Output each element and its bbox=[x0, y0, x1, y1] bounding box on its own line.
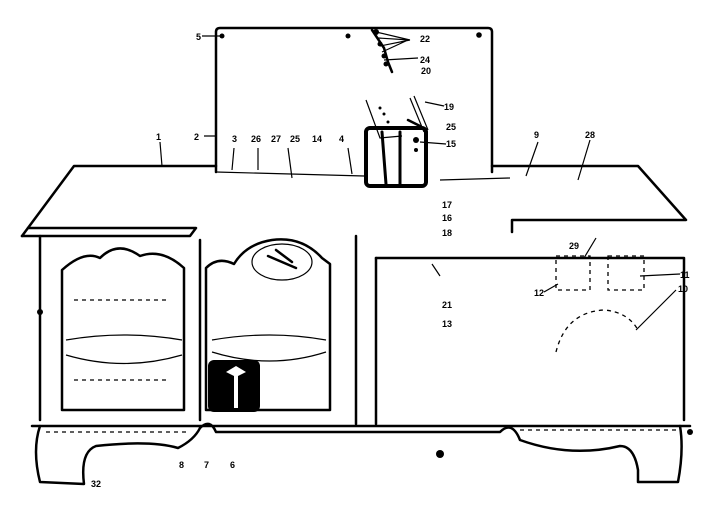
callout-21: 21 bbox=[442, 300, 452, 310]
callout-1: 1 bbox=[156, 132, 161, 142]
cabinet-base bbox=[32, 424, 693, 484]
callout-4: 4 bbox=[339, 134, 344, 144]
callout-24: 24 bbox=[420, 55, 430, 65]
callout-6: 6 bbox=[230, 460, 235, 470]
callout-10: 10 bbox=[678, 284, 688, 294]
right-cabinet bbox=[376, 256, 684, 424]
callout-17: 17 bbox=[442, 200, 452, 210]
callout-8: 8 bbox=[179, 460, 184, 470]
callout-13: 13 bbox=[442, 319, 452, 329]
cabinet-parts-diagram bbox=[0, 0, 720, 516]
callout-16: 16 bbox=[442, 213, 452, 223]
callout-20: 20 bbox=[421, 66, 431, 76]
callout-12: 12 bbox=[534, 288, 544, 298]
callout-22: 22 bbox=[420, 34, 430, 44]
callout-3: 3 bbox=[232, 134, 237, 144]
callout-29: 29 bbox=[569, 241, 579, 251]
callout-26: 26 bbox=[251, 134, 261, 144]
callout-19: 19 bbox=[444, 102, 454, 112]
cartridge-assembly bbox=[372, 29, 418, 72]
callout-2: 2 bbox=[194, 132, 199, 142]
callout-14: 14 bbox=[312, 134, 322, 144]
callout-32: 32 bbox=[91, 479, 101, 489]
callout-11: 11 bbox=[680, 270, 690, 280]
callout-28: 28 bbox=[585, 130, 595, 140]
callout-18: 18 bbox=[442, 228, 452, 238]
control-panel bbox=[366, 128, 446, 186]
callout-25: 25 bbox=[446, 122, 456, 132]
callout-7: 7 bbox=[204, 460, 209, 470]
left-cabinet bbox=[37, 236, 356, 424]
callout-9: 9 bbox=[534, 130, 539, 140]
callout-15: 15 bbox=[446, 139, 456, 149]
changer-plate bbox=[366, 96, 444, 138]
callout-5: 5 bbox=[196, 32, 201, 42]
cabinet-top bbox=[22, 142, 686, 236]
callout-25b: 25 bbox=[290, 134, 300, 144]
callout-27: 27 bbox=[271, 134, 281, 144]
